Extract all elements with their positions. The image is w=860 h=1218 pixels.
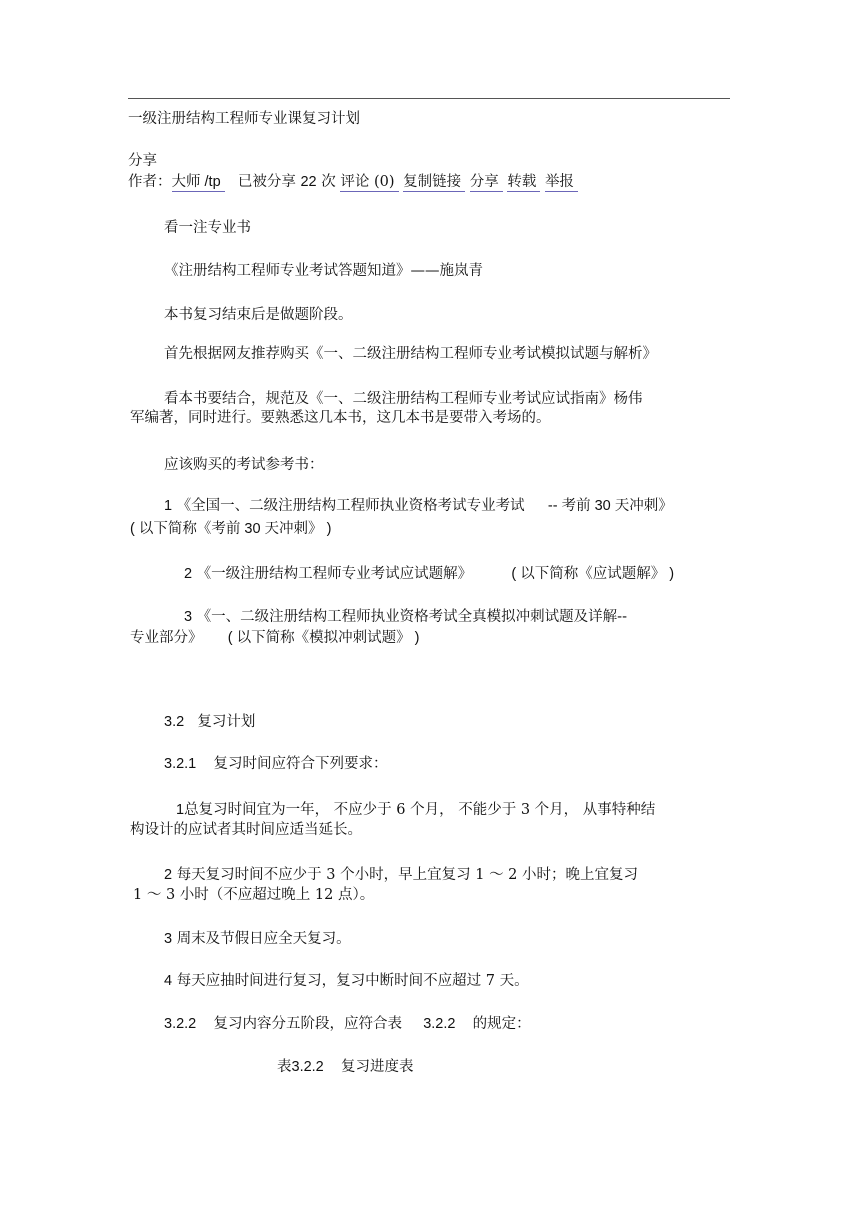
item-number: 2 bbox=[164, 867, 172, 883]
shared-count: 22 bbox=[300, 174, 316, 190]
book-item-2: 2 《一级注册结构工程师专业考试应试题解》 ( 以下简称《应试题解》 ) bbox=[184, 565, 674, 583]
requirement-item-1: 1总复习时间宜为一年， 不应少于 6 个月， 不能少于 3 个月， 从事特种结 bbox=[176, 801, 655, 819]
paragraph: 看一注专业书 bbox=[164, 219, 251, 237]
book-number: 1 bbox=[164, 498, 172, 514]
section-title: 复习时间应符合下列要求： bbox=[213, 756, 387, 772]
book-alias: ( 以下简称《应试题解》 ) bbox=[511, 566, 674, 582]
paragraph: 《注册结构工程师专业考试答题知道》——施岚青 bbox=[164, 262, 483, 280]
item-number: 1 bbox=[176, 802, 184, 818]
book-alias-1: ( 以下简称《考前 30 天冲刺》 ) bbox=[130, 520, 331, 538]
requirement-item-4: 4 每天应抽时间进行复习，复习中断时间不应超过 7 天。 bbox=[164, 972, 529, 990]
book-title-tail: -- 考前 30 天冲刺》 bbox=[548, 498, 673, 514]
report-link[interactable]: 举报 bbox=[545, 174, 578, 192]
item-number: 3 bbox=[164, 931, 172, 947]
section-heading-3-2: 3.2 复习计划 bbox=[164, 713, 255, 731]
item-text: 总复习时间宜为一年， 不应少于 6 个月， 不能少于 3 个月， 从事特种结 bbox=[184, 802, 655, 818]
section-title: 复习内容分五阶段，应符合表 bbox=[213, 1016, 402, 1032]
paragraph: 首先根据网友推荐购买《一、二级注册结构工程师专业考试模拟试题与解析》 bbox=[164, 345, 657, 363]
comment-link[interactable]: 评论 (0) bbox=[340, 174, 398, 192]
requirement-item-1-cont: 构设计的应试者其时间应适当延长。 bbox=[130, 821, 362, 839]
header-rule bbox=[128, 98, 730, 99]
shared-suffix: 次 bbox=[321, 174, 336, 190]
book-item-3-line2: 专业部分》 ( 以下简称《模拟冲刺试题》 ) bbox=[130, 629, 419, 647]
share-label: 分享 bbox=[128, 152, 157, 170]
book-item-3: 3 《一、二级注册结构工程师执业资格考试全真模拟冲刺试题及详解-- bbox=[184, 608, 627, 626]
table-reference: 3.2.2 bbox=[423, 1016, 455, 1032]
item-text: 每天复习时间不应少于 3 个小时，早上宜复习 1 ～ 2 小时；晚上宜复习 bbox=[177, 867, 638, 883]
section-heading-3-2-1: 3.2.1 复习时间应符合下列要求： bbox=[164, 755, 387, 773]
book-alias: ( 以下简称《模拟冲刺试题》 ) bbox=[228, 630, 420, 646]
requirement-item-2-cont: 1 ～ 3 小时（不应超过晚上 12 点）。 bbox=[133, 886, 374, 904]
section-heading-3-2-2: 3.2.2 复习内容分五阶段，应符合表 3.2.2 的规定： bbox=[164, 1015, 531, 1033]
document-title: 一级注册结构工程师专业课复习计划 bbox=[128, 110, 360, 128]
section-number: 3.2.1 bbox=[164, 756, 196, 772]
share-link[interactable]: 分享 bbox=[470, 174, 503, 192]
book-item-1: 1 《全国一、二级注册结构工程师执业资格考试专业考试 -- 考前 30 天冲刺》 bbox=[164, 497, 673, 515]
caption-prefix: 表 bbox=[277, 1059, 292, 1075]
item-text: 每天应抽时间进行复习，复习中断时间不应超过 7 天。 bbox=[177, 973, 529, 989]
requirement-item-3: 3 周末及节假日应全天复习。 bbox=[164, 930, 351, 948]
author-label: 作者： bbox=[128, 174, 172, 190]
book-title: 《全国一、二级注册结构工程师执业资格考试专业考试 bbox=[177, 498, 525, 514]
book-title: 《一、二级注册结构工程师执业资格考试全真模拟冲刺试题及详解-- bbox=[197, 609, 627, 625]
paragraph: 本书复习结束后是做题阶段。 bbox=[164, 306, 353, 324]
author-link[interactable]: 大师 /tp bbox=[172, 174, 225, 192]
item-number: 4 bbox=[164, 973, 172, 989]
paragraph-line: 军编著，同时进行。要熟悉这几本书，这几本书是要带入考场的。 bbox=[130, 409, 551, 427]
section-title-end: 的规定： bbox=[473, 1016, 531, 1032]
meta-bar: 作者：大师 /tp 已被分享 22 次 评论 (0) 复制链接 分享 转载 举报 bbox=[128, 173, 578, 191]
caption-title: 复习进度表 bbox=[341, 1059, 414, 1075]
table-caption: 表3.2.2 复习进度表 bbox=[277, 1058, 413, 1076]
requirement-item-2: 2 每天复习时间不应少于 3 个小时，早上宜复习 1 ～ 2 小时；晚上宜复习 bbox=[164, 866, 638, 884]
item-text: 周末及节假日应全天复习。 bbox=[177, 931, 351, 947]
paragraph-line: 看本书要结合，规范及《一、二级注册结构工程师专业考试应试指南》杨伟 bbox=[164, 390, 643, 408]
book-number: 3 bbox=[184, 609, 192, 625]
section-title: 复习计划 bbox=[197, 714, 255, 730]
book-title: 《一级注册结构工程师专业考试应试题解》 bbox=[197, 566, 473, 582]
caption-number: 3.2.2 bbox=[292, 1059, 324, 1075]
section-number: 3.2.2 bbox=[164, 1016, 196, 1032]
book-title-end: 专业部分》 bbox=[130, 630, 203, 646]
section-number: 3.2 bbox=[164, 714, 184, 730]
paragraph: 应该购买的考试参考书： bbox=[164, 456, 324, 474]
document-page: 一级注册结构工程师专业课复习计划 分享 作者：大师 /tp 已被分享 22 次 … bbox=[0, 0, 860, 1218]
book-number: 2 bbox=[184, 566, 192, 582]
repost-link[interactable]: 转载 bbox=[507, 174, 540, 192]
copy-link-button[interactable]: 复制链接 bbox=[403, 174, 465, 192]
shared-prefix: 已被分享 bbox=[238, 174, 296, 190]
